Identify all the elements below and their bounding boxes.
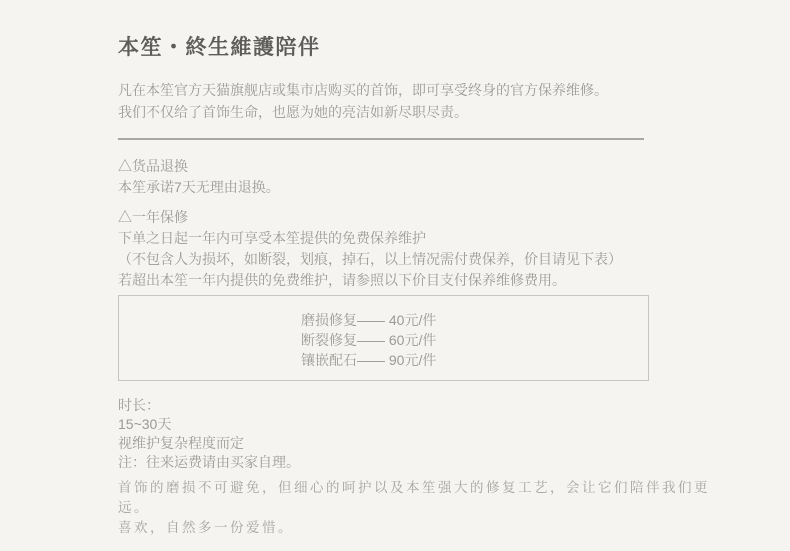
footer-line: 首饰的磨损不可避免，但细心的呵护以及本笙强大的修复工艺，会让它们陪伴我们更远。 xyxy=(118,478,730,518)
price-row: 镶嵌配石—— 90元/件 xyxy=(301,350,648,370)
section-heading: △一年保修 xyxy=(118,207,730,228)
section-returns: △货品退换 本笙承诺7天无理由退换。 xyxy=(118,156,730,198)
footer-line: 喜欢，自然多一份爱惜。 xyxy=(118,518,730,538)
intro-paragraph: 凡在本笙官方天猫旗舰店或集市店购买的首饰，即可享受终身的官方保养维修。 我们不仅… xyxy=(118,79,730,123)
price-row: 断裂修复—— 60元/件 xyxy=(301,330,648,350)
price-value: 90元/件 xyxy=(389,352,436,368)
intro-line: 凡在本笙官方天猫旗舰店或集市店购买的首饰，即可享受终身的官方保养维修。 xyxy=(118,79,730,101)
price-dash: —— xyxy=(357,312,389,328)
section-warranty: △一年保修 下单之日起一年内可享受本笙提供的免费保养维护 （不包含人为损坏，如断… xyxy=(118,207,730,291)
intro-line: 我们不仅给了首饰生命，也愿为她的亮洁如新尽职尽责。 xyxy=(118,101,730,123)
price-row: 磨损修复—— 40元/件 xyxy=(301,310,648,330)
duration-line: 15~30天 xyxy=(118,415,730,434)
price-label: 断裂修复 xyxy=(301,332,357,348)
price-value: 60元/件 xyxy=(389,332,436,348)
section-line: 本笙承诺7天无理由退换。 xyxy=(118,177,730,198)
duration-heading: 时长： xyxy=(118,396,730,415)
section-heading: △货品退换 xyxy=(118,156,730,177)
section-line: （不包含人为损坏，如断裂，划痕，掉石，以上情况需付费保养，价目请见下表） xyxy=(118,249,730,270)
price-dash: —— xyxy=(357,352,389,368)
duration-section: 时长： 15~30天 视维护复杂程度而定 注：往来运费请由买家自理。 xyxy=(118,396,730,472)
duration-line: 注：往来运费请由买家自理。 xyxy=(118,453,730,472)
price-table: 磨损修复—— 40元/件 断裂修复—— 60元/件 镶嵌配石—— 90元/件 xyxy=(118,295,649,381)
section-line: 若超出本笙一年内提供的免费维护，请参照以下价目支付保养维修费用。 xyxy=(118,270,730,291)
price-value: 40元/件 xyxy=(389,312,436,328)
price-dash: —— xyxy=(357,332,389,348)
after-sales-service-page: 本笙・終生維護陪伴 凡在本笙官方天猫旗舰店或集市店购买的首饰，即可享受终身的官方… xyxy=(0,0,790,551)
footer-note: 首饰的磨损不可避免，但细心的呵护以及本笙强大的修复工艺，会让它们陪伴我们更远。 … xyxy=(118,478,730,538)
price-label: 镶嵌配石 xyxy=(301,352,357,368)
duration-line: 视维护复杂程度而定 xyxy=(118,434,730,453)
divider-line xyxy=(118,138,644,140)
price-label: 磨损修复 xyxy=(301,312,357,328)
section-line: 下单之日起一年内可享受本笙提供的免费保养维护 xyxy=(118,228,730,249)
page-title: 本笙・終生維護陪伴 xyxy=(118,33,730,61)
